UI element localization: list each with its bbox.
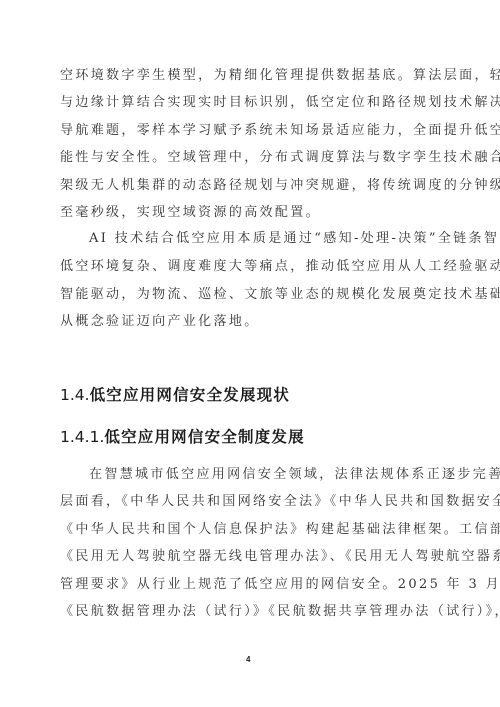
heading-number: 1.4.: [60, 386, 90, 404]
text-line: 至毫秒级，实现空域资源的高效配置。: [60, 205, 448, 221]
text-line: 与边缘计算结合实现实时目标识别，低空定位和路径规划技术解决复杂环境: [60, 95, 448, 111]
text-line: 空环境数字孪生模型，为精细化管理提供数据基底。算法层面，轻量化模型: [60, 68, 448, 84]
heading-number: 1.4.1.: [60, 428, 104, 446]
text-line: 层面看，《中华人民共和国网络安全法》《中华人民共和国数据安全法》和: [60, 494, 448, 510]
heading-title: 低空应用网信安全制度发展: [104, 428, 304, 446]
text-line: 《中华人民共和国个人信息保护法》构建起基础法律框架。工信部先后提出: [60, 522, 448, 538]
text-line: 智能驱动，为物流、巡检、文旅等业态的规模化发展奠定技术基础，加速其: [60, 287, 448, 303]
subsection-heading: 1.4.1.低空应用网信安全制度发展: [60, 427, 305, 447]
text-line: 导航难题，零样本学习赋予系统未知场景适应能力，全面提升低空作业的智: [60, 123, 448, 139]
text-line: 从概念验证迈向产业化落地。: [60, 314, 448, 330]
heading-title: 低空应用网信安全发展现状: [90, 386, 290, 404]
text-line: 在智慧城市低空应用网信安全领域，法律法规体系正逐步完善。从国家: [89, 467, 448, 483]
text-line: 架级无人机集群的动态路径规划与冲突规避，将传统调度的分钟级延迟压缩: [60, 178, 448, 194]
text-line: 能性与安全性。空域管理中，分布式调度算法与数字孪生技术融合，支持千: [60, 150, 448, 166]
document-page: 空环境数字孪生模型，为精细化管理提供数据基底。算法层面，轻量化模型 与边缘计算结…: [0, 0, 500, 707]
page-number: 4: [246, 655, 250, 664]
text-line: AI 技术结合低空应用本质是通过“感知-处理-决策”全链条智能化，解决: [89, 231, 448, 247]
section-heading: 1.4.低空应用网信安全发展现状: [60, 385, 290, 405]
text-line: 《民航数据管理办法（试行）》《民航数据共享管理办法（试行）》，则直: [60, 604, 448, 620]
text-line: 《民用无人驾驶航空器无线电管理办法》、《民用无人驾驶航空器系统安全: [60, 549, 448, 565]
text-line: 管理要求》从行业上规范了低空应用的网信安全。2025 年 3 月民航局发布的: [60, 577, 448, 593]
text-line: 低空环境复杂、调度难度大等痛点，推动低空应用从人工经验驱动转向数据: [60, 259, 448, 275]
